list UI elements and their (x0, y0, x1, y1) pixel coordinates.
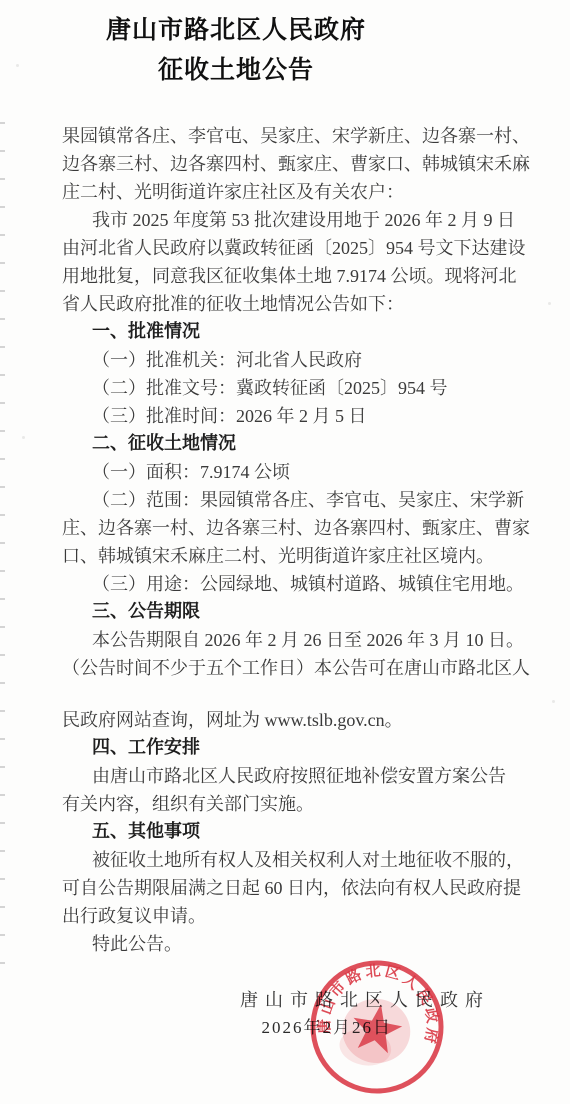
body-line: 省人民政府批准的征收土地情况公告如下： (62, 290, 534, 318)
body-line: 民政府网站查询，网址为 www.tslb.gov.cn。 (62, 706, 534, 734)
body-line: （一）面积：7.9174 公顷 (62, 458, 534, 486)
body-line: （公告时间不少于五个工作日）本公告可在唐山市路北区人 (62, 654, 534, 682)
body-line: 本公告期限自 2026 年 2 月 26 日至 2026 年 3 月 10 日。 (62, 626, 534, 654)
body-line: 用地批复，同意我区征收集体土地 7.9174 公顷。现将河北 (62, 262, 534, 290)
paper-speck (548, 302, 551, 305)
body-line: 由唐山市路北区人民政府按照征地补偿安置方案公告 (62, 762, 534, 790)
paper-speck (552, 700, 555, 703)
scan-edge-artifact (0, 122, 5, 968)
body-line: 庄、边各寨一村、边各寨三村、边各寨四村、甄家庄、曹家 (62, 514, 534, 542)
body-line: 可自公告期限届满之日起 60 日内，依法向有权人民政府提 (62, 874, 534, 902)
body-line: （二）范围：果园镇常各庄、李官屯、吴家庄、宋学新 (62, 486, 534, 514)
section-heading: 四、工作安排 (62, 734, 534, 762)
document-title: 唐山市路北区人民政府 征收土地公告 (0, 10, 472, 90)
body-line: 庄二村、光明街道许家庄社区及有关农户： (62, 178, 534, 206)
body-line: 果园镇常各庄、李官屯、吴家庄、宋学新庄、边各寨一村、 (62, 122, 534, 150)
body-line: 出行政复议申请。 (62, 902, 534, 930)
signature-date: 2026年2月26日 (62, 1014, 534, 1041)
body-line: 有关内容，组织有关部门实施。 (62, 790, 534, 818)
body-line: （三）批准时间：2026 年 2 月 5 日 (62, 402, 534, 430)
signature-block: 唐山市路北区人民政府 2026年2月26日 (62, 986, 534, 1041)
body-line: 口、韩城镇宋禾麻庄二村、光明街道许家庄社区境内。 (62, 542, 534, 570)
body-line: 被征收土地所有权人及相关权利人对土地征收不服的， (62, 846, 534, 874)
body-line: 我市 2025 年度第 53 批次建设用地于 2026 年 2 月 9 日 (62, 206, 534, 234)
title-line-1: 唐山市路北区人民政府 (0, 10, 472, 50)
signature-authority: 唐山市路北区人民政府 (62, 986, 534, 1014)
body-line: 由河北省人民政府以冀政转征函〔2025〕954 号文下达建设 (62, 234, 534, 262)
title-line-2: 征收土地公告 (0, 50, 472, 90)
body-line: （一）批准机关：河北省人民政府 (62, 346, 534, 374)
scanned-announcement-page: 唐山市路北区人民政府 征收土地公告 果园镇常各庄、李官屯、吴家庄、宋学新庄、边各… (0, 0, 570, 1104)
announcement-body: 果园镇常各庄、李官屯、吴家庄、宋学新庄、边各寨一村、边各寨三村、边各寨四村、甄家… (62, 122, 534, 958)
body-line: （二）批准文号：冀政转征函〔2025〕954 号 (62, 374, 534, 402)
body-line: 边各寨三村、边各寨四村、甄家庄、曹家口、韩城镇宋禾麻 (62, 150, 534, 178)
section-heading: 一、批准情况 (62, 318, 534, 346)
body-line: 特此公告。 (62, 930, 534, 958)
body-line: （三）用途：公园绿地、城镇村道路、城镇住宅用地。 (62, 570, 534, 598)
section-heading: 三、公告期限 (62, 598, 534, 626)
paper-speck (22, 436, 25, 439)
document-content: 唐山市路北区人民政府 征收土地公告 果园镇常各庄、李官屯、吴家庄、宋学新庄、边各… (62, 0, 534, 1041)
section-heading: 五、其他事项 (62, 818, 534, 846)
section-heading: 二、征收土地情况 (62, 430, 534, 458)
